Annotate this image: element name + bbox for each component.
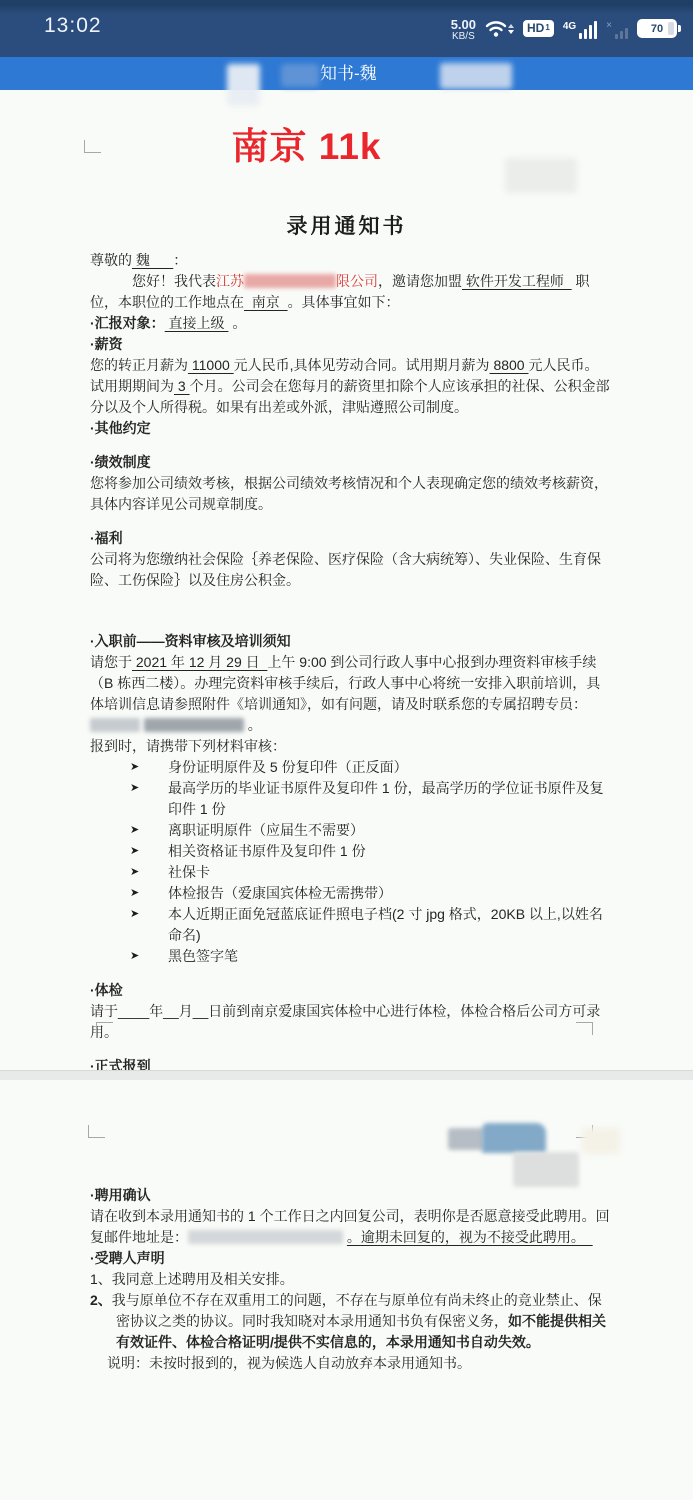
list-arrow-icon: ➤ bbox=[130, 820, 139, 841]
text-run: ·入职前——资料审核及培训须知 bbox=[90, 633, 291, 649]
title-redaction-blur bbox=[281, 64, 319, 87]
blank-line bbox=[90, 439, 612, 452]
list-arrow-icon: ➤ bbox=[130, 841, 139, 862]
text-run: 8800 bbox=[490, 357, 529, 373]
title-redaction-blur bbox=[440, 63, 512, 89]
list-arrow-icon: ➤ bbox=[130, 757, 139, 778]
blank-line bbox=[90, 1043, 612, 1056]
material-item-social-card: ➤社保卡 bbox=[90, 862, 612, 883]
intro-paragraph: 您好！我代表江苏限公司，邀请您加盟 软件开发工程师 职位，本职位的工作地点在 南… bbox=[90, 271, 612, 313]
text-run: ·体检 bbox=[90, 982, 123, 998]
stamp-redaction-blur bbox=[582, 1128, 620, 1154]
network-speed: 5.00 KB/S bbox=[451, 18, 476, 42]
stamp-redaction-blur bbox=[513, 1152, 579, 1187]
text-run: 离职证明原件（应届生不需要） bbox=[168, 822, 364, 838]
hd-voice-icon: HD1 bbox=[523, 20, 554, 37]
status-bar-right: 5.00 KB/S HD1 4G × bbox=[451, 0, 677, 57]
list-arrow-icon: ➤ bbox=[130, 778, 139, 799]
text-run: ·薪资 bbox=[90, 336, 123, 352]
document-page-1: 南京 11k 录用通知书 尊敬的 魏 ：您好！我代表江苏限公司，邀请您加盟 软件… bbox=[0, 90, 693, 1070]
welfare-heading: ·福利 bbox=[90, 528, 612, 549]
salary-paragraph: 您的转正月薪为 11000 元人民币,具体见劳动合同。试用期月薪为 8800 元… bbox=[90, 355, 612, 418]
final-note: 说明：未按时报到的，视为候选人自动放弃本录用通知书。 bbox=[90, 1353, 612, 1374]
text-run: ·绩效制度 bbox=[90, 454, 151, 470]
text-run: 南京 bbox=[244, 294, 288, 310]
inline-redaction-blur bbox=[90, 718, 140, 732]
inline-redaction-blur bbox=[144, 718, 244, 732]
material-item-certificates: ➤相关资格证书原件及复印件 1 份 bbox=[90, 841, 612, 862]
page-break-divider bbox=[0, 1070, 693, 1080]
text-run: ·其他约定 bbox=[90, 420, 151, 436]
document-page-2: ·聘用确认请在收到本录用通知书的 1 个工作日之内回复公司，表明你是否愿意接受此… bbox=[0, 1080, 693, 1500]
wifi-traffic-arrows-icon bbox=[508, 24, 514, 34]
text-run: 尊敬的 bbox=[90, 252, 132, 268]
wifi-icon bbox=[485, 20, 514, 38]
title-redaction-blur bbox=[227, 64, 260, 106]
other-terms-heading: ·其他约定 bbox=[90, 418, 612, 439]
text-run: 元人民币,具体见劳动合同。试用期月薪为 bbox=[234, 357, 490, 373]
document-title-bar-text: 知书-魏 bbox=[320, 57, 377, 90]
list-arrow-icon: ➤ bbox=[130, 862, 139, 883]
text-run: 3 bbox=[174, 378, 190, 394]
text-run: 。逾期未回复的，视为不接受此聘用。 bbox=[347, 1229, 593, 1245]
network-speed-unit: KB/S bbox=[452, 32, 475, 42]
text-run: 1、我同意上述聘用及相关安排。 bbox=[90, 1271, 294, 1287]
text-run: 本人近期正面免冠蓝底证件照电子档(2 寸 jpg 格式，20KB 以上,以姓名命… bbox=[168, 906, 603, 943]
report-to-line: ·汇报对象： 直接上级 。 bbox=[90, 313, 612, 334]
hd-sub: 1 bbox=[545, 21, 549, 35]
statement-item-2: 2、我与原单位不存在双重用工的问题，不存在与原单位有尚未终止的竞业禁止、保密协议… bbox=[90, 1290, 612, 1353]
statement-item-1: 1、我同意上述聘用及相关安排。 bbox=[90, 1269, 612, 1290]
text-run: 。具体事宜如下： bbox=[288, 294, 400, 310]
text-run: 您将参加公司绩效考核，根据公司绩效考核情况和个人表现确定您的绩效考核薪资，具体内… bbox=[90, 475, 608, 512]
text-run: 请您于 bbox=[90, 654, 132, 670]
list-arrow-icon: ➤ bbox=[130, 946, 139, 967]
blank-line bbox=[90, 591, 612, 631]
text-run: 最高学历的毕业证书原件及复印件 1 份，最高学历的学位证书原件及复印件 1 份 bbox=[168, 780, 604, 817]
blank-line bbox=[90, 967, 612, 980]
battery-icon: 70 bbox=[637, 19, 677, 38]
employee-statement-heading: ·受聘人声明 bbox=[90, 1248, 612, 1269]
salary-heading: ·薪资 bbox=[90, 334, 612, 355]
employment-confirm-heading: ·聘用确认 bbox=[90, 1185, 612, 1206]
stamp-redaction-blur bbox=[482, 1123, 546, 1153]
text-run: 您的转正月薪为 bbox=[90, 357, 188, 373]
welfare-paragraph: 公司将为您缴纳社会保险｛养老保险、医疗保险（含大病统筹）、失业保险、生育保险、工… bbox=[90, 549, 612, 591]
no-sim-mark: × bbox=[606, 20, 612, 31]
material-item-pen: ➤黑色签字笔 bbox=[90, 946, 612, 967]
text-run: 2021 年 12 月 29 日 bbox=[132, 654, 267, 670]
battery-level: 70 bbox=[651, 23, 663, 35]
cellular-signal-icon: 4G bbox=[563, 19, 597, 39]
no-sim-signal-icon: × bbox=[606, 19, 628, 39]
material-item-photo: ➤本人近期正面免冠蓝底证件照电子档(2 寸 jpg 格式，20KB 以上,以姓名… bbox=[90, 904, 612, 946]
material-item-id: ➤身份证明原件及 5 份复印件（正反面） bbox=[90, 757, 612, 778]
text-run: 您好！我代表 bbox=[132, 273, 216, 289]
page-corner-mark bbox=[96, 1022, 113, 1035]
salutation: 尊敬的 魏 ： bbox=[90, 250, 612, 271]
text-run: ·汇报对象： bbox=[90, 315, 165, 331]
network-speed-value: 5.00 bbox=[451, 18, 476, 31]
materials-intro: 报到时，请携带下列材料审核： bbox=[90, 736, 612, 757]
document-scroll-area[interactable]: 南京 11k 录用通知书 尊敬的 魏 ：您好！我代表江苏限公司，邀请您加盟 软件… bbox=[0, 90, 693, 1500]
text-run: 相关资格证书原件及复印件 1 份 bbox=[168, 843, 366, 859]
hd-label: HD bbox=[527, 21, 544, 35]
list-arrow-icon: ➤ bbox=[130, 883, 139, 904]
text-run: 请于____年__月__日前到南京爱康国宾体检中心进行体检，体检合格后公司方可录… bbox=[90, 1003, 600, 1040]
text-run: 社保卡 bbox=[168, 864, 210, 880]
text-run: 软件开发工程师 bbox=[462, 273, 572, 289]
text-run: ，邀请您加盟 bbox=[378, 273, 462, 289]
salary-banner: 南京 11k bbox=[0, 116, 653, 170]
clock: 13:02 bbox=[44, 14, 102, 38]
text-run: 直接上级 bbox=[165, 315, 229, 331]
text-run: 说明：未按时报到的，视为候选人自动放弃本录用通知书。 bbox=[107, 1355, 471, 1371]
text-run: 2、 bbox=[90, 1292, 112, 1308]
text-run: 体检报告（爱康国宾体检无需携带） bbox=[168, 885, 392, 901]
text-run: 限公司 bbox=[336, 273, 378, 289]
text-run: ·聘用确认 bbox=[90, 1187, 151, 1203]
text-run: ·福利 bbox=[90, 530, 123, 546]
text-run: 报到时，请携带下列材料审核： bbox=[90, 738, 286, 754]
inline-redaction-blur bbox=[244, 274, 336, 288]
network-type-label: 4G bbox=[563, 21, 576, 32]
employment-confirm-paragraph: 请在收到本录用通知书的 1 个工作日之内回复公司，表明你是否愿意接受此聘用。回复… bbox=[90, 1206, 612, 1248]
phone-screen: 13:02 5.00 KB/S HD1 4G bbox=[0, 0, 693, 1500]
text-run: 。 bbox=[244, 717, 262, 733]
status-bar: 13:02 5.00 KB/S HD1 4G bbox=[0, 0, 693, 57]
text-run: 江苏 bbox=[216, 273, 244, 289]
material-item-health-report: ➤体检报告（爱康国宾体检无需携带） bbox=[90, 883, 612, 904]
text-run: 魏 bbox=[132, 252, 173, 268]
inline-redaction-blur bbox=[188, 1230, 343, 1244]
text-run: ： bbox=[173, 252, 187, 268]
text-run: 。 bbox=[228, 315, 246, 331]
page-corner-mark bbox=[576, 1022, 593, 1035]
performance-heading: ·绩效制度 bbox=[90, 452, 612, 473]
document-heading: 录用通知书 bbox=[0, 210, 693, 240]
page-corner-mark bbox=[88, 1125, 105, 1138]
onboarding-heading: ·入职前——资料审核及培训须知 bbox=[90, 631, 612, 652]
text-run: 黑色签字笔 bbox=[168, 948, 238, 964]
physical-exam-paragraph: 请于____年__月__日前到南京爱康国宾体检中心进行体检，体检合格后公司方可录… bbox=[90, 1001, 612, 1043]
performance-paragraph: 您将参加公司绩效考核，根据公司绩效考核情况和个人表现确定您的绩效考核薪资，具体内… bbox=[90, 473, 612, 515]
blank-line bbox=[90, 515, 612, 528]
app-title-bar[interactable]: 知书-魏 bbox=[0, 57, 693, 90]
material-item-resignation: ➤离职证明原件（应届生不需要） bbox=[90, 820, 612, 841]
text-run: 11000 bbox=[188, 357, 234, 373]
stamp-redaction-blur bbox=[448, 1128, 484, 1150]
onboarding-paragraph: 请您于 2021 年 12 月 29 日 上午 9:00 到公司行政人事中心报到… bbox=[90, 652, 612, 736]
text-run: 身份证明原件及 5 份复印件（正反面） bbox=[168, 759, 408, 775]
text-run: ·受聘人声明 bbox=[90, 1250, 165, 1266]
physical-exam-heading: ·体检 bbox=[90, 980, 612, 1001]
text-run: 公司将为您缴纳社会保险｛养老保险、医疗保险（含大病统筹）、失业保险、生育保险、工… bbox=[90, 551, 601, 588]
material-item-diploma: ➤最高学历的毕业证书原件及复印件 1 份，最高学历的学位证书原件及复印件 1 份 bbox=[90, 778, 612, 820]
list-arrow-icon: ➤ bbox=[130, 904, 139, 925]
